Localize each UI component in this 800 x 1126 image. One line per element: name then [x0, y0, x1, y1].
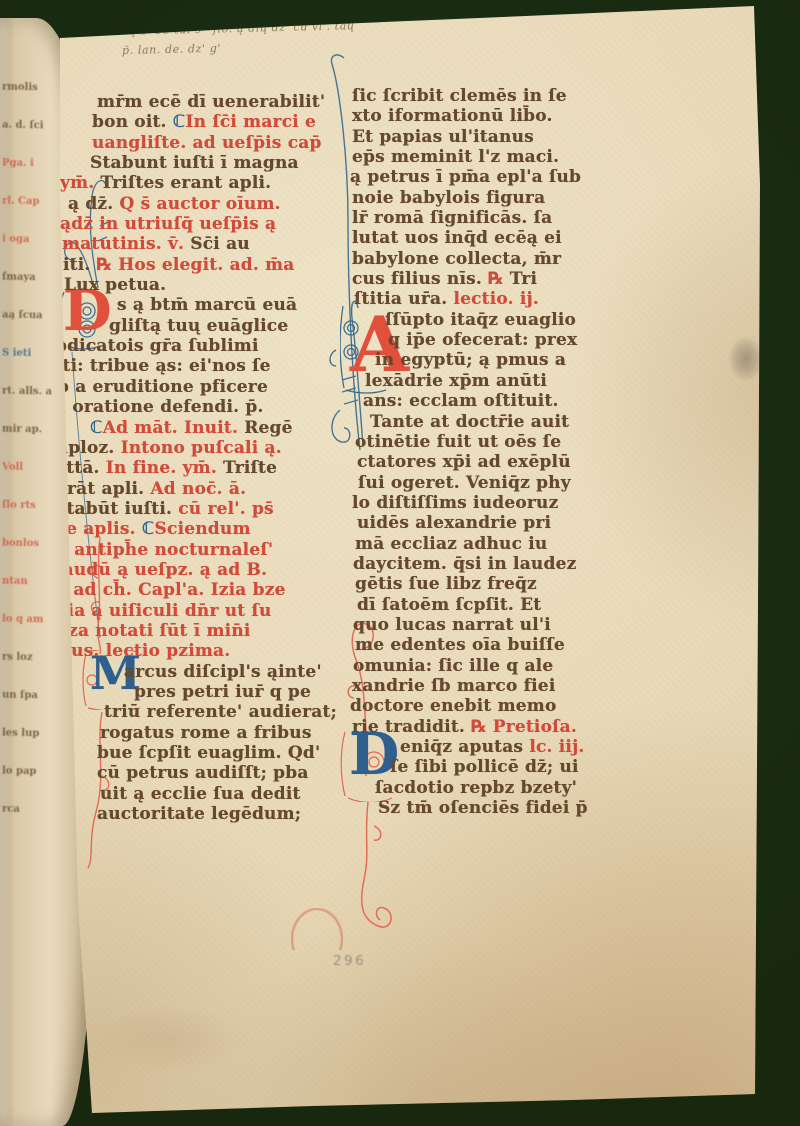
text-line: q antiph̄e nocturnaleſ'	[56, 540, 354, 560]
text-line: uia ą uiſiculi dn̄r ut ſu	[55, 601, 354, 621]
text-segment: Sciendum	[155, 519, 251, 539]
ink-stain	[728, 336, 764, 382]
text-segment: bue ſcpſit euaglim. Qd'	[97, 743, 320, 763]
smudge-stain	[96, 1004, 246, 1074]
text-line: cus filius nīs. ℞ Tri	[352, 269, 618, 289]
text-line: cū petrus audiſſt; pba	[97, 763, 354, 783]
text-segment: cus filius nīs.	[352, 269, 488, 289]
text-segment: Intono puſcali ą.	[121, 438, 282, 458]
text-column-right: ſic ſcribit clemēs in ſexto iformationū …	[352, 86, 618, 818]
text-line: uangliſte. ad ueſp̄is cap̄	[92, 133, 354, 153]
text-line: bus. lectio pzima.	[59, 641, 354, 661]
text-line: ſacdotio repbz bzety'	[375, 778, 618, 798]
text-segment: uia ą uiſiculi dn̄r ut ſu	[55, 601, 272, 621]
text-segment: q ip̄e ofecerat: prex	[388, 330, 577, 350]
edge-text-fragment: lo q am	[2, 614, 56, 626]
text-line: attā. In fine. ym̄. Triſte	[55, 458, 354, 478]
text-line: rie tradidit. ℞ Pretioſa.	[352, 717, 618, 737]
text-segment: ą dz̄.	[68, 194, 120, 214]
text-segment: ℞ Hos elegit. ad. m̄a	[97, 255, 295, 275]
text-line: ℂAd māt. Inuit. Regē	[90, 418, 354, 438]
manuscript-page: ų d' bō tui 9° flo. ą dių dz' cū vl'. tā…	[52, 4, 764, 1118]
text-line: lutat uos inq̄d ecēą ei	[352, 228, 618, 248]
text-segment: pres petri iur̄ q pe	[134, 682, 311, 702]
text-line: me edentes oīa buiſſe	[355, 635, 618, 655]
text-segment: ym̄.	[60, 173, 101, 193]
text-segment: lo diſtiſſims iudeoruz	[352, 493, 558, 513]
text-segment: uit ą ecclie ſua dedit	[100, 784, 301, 804]
text-segment: Sc̄i au	[190, 234, 250, 254]
text-segment: in egyptū; ą pmus a	[375, 350, 566, 370]
text-line: ym̄. Triſtes erant apli.	[60, 173, 354, 193]
text-segment: lexādrie xp̄m anūti	[365, 371, 547, 391]
text-segment: gētis ſue libz freq̄z	[355, 574, 537, 594]
text-segment: lr̄ romā ſignificās. ſa	[352, 208, 552, 228]
text-line: p a eruditione pficere	[57, 377, 354, 397]
text-segment: p a eruditione pficere	[57, 377, 268, 397]
text-segment: matutinis. v̄.	[62, 234, 190, 254]
text-line: Tante at doctr̄ie auit	[370, 412, 618, 432]
text-line: Sz tm̄ oſenciēs fidei p̄	[378, 798, 618, 818]
edge-text-fragment: mir ap.	[2, 424, 56, 436]
text-segment: Triſte	[223, 458, 277, 478]
text-segment: omunia: ſic ille q ale	[353, 656, 553, 676]
text-line: laudū ą ueſpz. ą ad B.	[56, 560, 354, 580]
text-line: de aplis. ℂSciendum	[54, 519, 354, 539]
text-segment: Regē	[244, 418, 292, 438]
text-line: iti. ℞ Hos elegit. ad. m̄a	[63, 255, 354, 275]
text-segment: ctatores xp̄i ad exēplū	[357, 452, 571, 472]
text-segment: Et papias ul'itanus	[352, 127, 534, 147]
text-segment: ſacdotio repbz bzety'	[375, 778, 577, 798]
text-line: lr̄ romā ſignificās. ſa	[352, 208, 618, 228]
text-line: gētis ſue libz freq̄z	[355, 574, 618, 594]
text-column-left: mr̄m ecē dī uenerabilit'bon oit. ℂIn ſc̄…	[92, 92, 354, 824]
text-segment: babylone collecta, m̄r	[352, 249, 561, 269]
text-segment: arcus diſcipl's ąinte'	[124, 662, 322, 682]
edge-text-fragment: ntan	[2, 576, 56, 588]
edge-text-fragment: rs loz	[2, 652, 56, 664]
text-segment: xto iformationū lib̄o.	[352, 106, 553, 126]
text-line: in egyptū; ą pmus a	[375, 350, 618, 370]
text-line: pdicatois gr̄a ſublimi	[55, 336, 354, 356]
text-line: babylone collecta, m̄r	[352, 249, 618, 269]
folio-number: 296	[333, 953, 366, 969]
text-line: daycitem. q̄si in laudez	[353, 554, 618, 574]
text-line: ſui ogeret. Veniq̄z phy	[358, 473, 618, 493]
text-line: mā eccliaz adhuc iu	[355, 534, 618, 554]
text-line: lexādrie xp̄m anūti	[365, 371, 618, 391]
text-segment: Tri	[510, 269, 537, 289]
text-line: ą oratione defendi. p̄.	[55, 397, 354, 417]
text-segment: pdicatois gr̄a ſublimi	[55, 336, 259, 356]
text-segment: rie tradidit.	[352, 717, 471, 737]
text-line: erāt apli. Ad noc̄. ā.	[56, 479, 354, 499]
text-line: bue ſcpſit euaglim. Qd'	[97, 743, 354, 763]
text-line: q ip̄e ofecerat: prex	[388, 330, 618, 350]
text-segment: Tante at doctr̄ie auit	[370, 412, 569, 432]
text-segment: ℂ	[142, 519, 155, 539]
text-line: ep̄s meminit l'z maci.	[352, 147, 618, 167]
text-segment: ſti: tribue ąs: ei'nos ſe	[55, 356, 271, 376]
text-line: noie babylois figura	[352, 188, 618, 208]
text-segment: pza notati ſūt ī min̄i	[56, 621, 251, 641]
text-segment: auctoritate legēdum;	[97, 804, 301, 824]
text-segment: Lux petua.	[64, 275, 166, 295]
text-segment: quo lucas narrat ul'i	[353, 615, 551, 635]
text-line: xto iformationū lib̄o.	[352, 106, 618, 126]
text-line: xandrie ſb marco fiei	[352, 676, 618, 696]
text-line: auctoritate legēdum;	[97, 804, 354, 824]
edge-text-fragment: un ſpa	[2, 690, 56, 702]
text-segment: noie babylois figura	[352, 188, 545, 208]
text-segment: ą ad ch̄. Capl'a. Izia bze	[56, 580, 286, 600]
text-segment: Stabūt iuſti.	[54, 499, 178, 519]
text-line: otinētie fuit ut oēs ſe	[355, 432, 618, 452]
text-segment: lectio. ij.	[453, 289, 539, 309]
text-segment: Ad māt. Inuit.	[103, 418, 245, 438]
text-line: bon oit. ℂIn ſc̄i marci e	[92, 112, 354, 132]
text-segment: ep̄s meminit l'z maci.	[352, 147, 559, 167]
text-segment: dī ſatoēm ſcpſit. Et	[357, 595, 541, 615]
edge-text-fragment: les lup	[2, 728, 56, 740]
text-segment: bon oit.	[92, 112, 173, 132]
text-line: pza notati ſūt ī min̄i	[56, 621, 354, 641]
text-line: arcus diſcipl's ąinte'	[124, 662, 354, 682]
text-line: quo lucas narrat ul'i	[353, 615, 618, 635]
edge-text-fragment: Pga. i	[2, 158, 56, 170]
text-line: uit ą ecclie ſua dedit	[100, 784, 354, 804]
text-line: ą petrus ī pm̄a epl'a ſub	[350, 167, 618, 187]
text-line: Stabunt iuſti ī magna	[90, 153, 354, 173]
text-segment: ą petrus ī pm̄a epl'a ſub	[350, 167, 581, 187]
text-segment: ans: ecclam oſtituit.	[363, 391, 559, 411]
text-segment: ℞ Pretioſa.	[471, 717, 577, 737]
text-segment: iti.	[63, 255, 97, 275]
text-line: lo diſtiſſims iudeoruz	[352, 493, 618, 513]
edge-text-fragment: lo pap	[2, 766, 56, 778]
edge-text-fragment: ſlo rts	[2, 500, 56, 512]
edge-text-fragment: aą ſcua	[2, 310, 56, 322]
text-segment: mā eccliaz adhuc iu	[355, 534, 547, 554]
text-segment: lc. iij.	[529, 737, 584, 757]
text-line: s ą btm̄ marcū euā	[117, 295, 354, 315]
edge-text-fragment: rl. Cap	[2, 196, 56, 208]
text-line: ctatores xp̄i ad exēplū	[357, 452, 618, 472]
text-segment: Q s̄ auctor oīum.	[120, 194, 281, 214]
text-segment: daycitem. q̄si in laudez	[353, 554, 576, 574]
text-line: doctore enebit memo	[350, 696, 618, 716]
text-line: omunia: ſic ille q ale	[353, 656, 618, 676]
text-line: ans: ecclam oſtituit.	[363, 391, 618, 411]
text-segment: ſe ſibi pollicē dz̄; ui	[390, 757, 579, 777]
text-segment: ℂ	[173, 112, 186, 132]
text-line: ſtitia ur̄a. lectio. ij.	[354, 289, 618, 309]
text-segment: In ſc̄i marci e	[185, 112, 316, 132]
text-segment: ądz̄ in utriuſq̄ ueſp̄is ą	[60, 214, 276, 234]
text-line: ądz̄ in utriuſq̄ ueſp̄is ą	[60, 214, 354, 234]
text-segment: q antiph̄e nocturnaleſ'	[56, 540, 273, 560]
text-line: uidēs alexandrie pri	[357, 513, 618, 533]
text-segment: xandrie ſb marco fiei	[352, 676, 555, 696]
text-segment: doctore enebit memo	[350, 696, 557, 716]
text-segment: ą oratione defendi. p̄.	[55, 397, 264, 417]
text-segment: erāt apli.	[56, 479, 150, 499]
text-segment: cū petrus audiſſt; pba	[97, 763, 309, 783]
text-segment: ℂ	[90, 418, 103, 438]
manuscript-photo: { "marginalia": { "line1": "ų d' bō tui …	[0, 0, 800, 1126]
text-segment: me edentes oīa buiſſe	[355, 635, 565, 655]
text-segment: ℞	[488, 269, 510, 289]
edge-text-fragment: rt. alls. a	[2, 386, 56, 398]
text-segment: lutat uos inq̄d ecēą ei	[352, 228, 562, 248]
text-line: dī ſatoēm ſcpſit. Et	[357, 595, 618, 615]
text-line: rogatus rome a fribus	[100, 723, 354, 743]
text-segment: eniq̄z aputas	[400, 737, 529, 757]
edge-text-fragment: bonlos	[2, 538, 56, 550]
text-line: matutinis. v̄. Sc̄i au	[62, 234, 354, 254]
text-segment: Ad noc̄. ā.	[150, 479, 246, 499]
text-segment: bus. lectio pzima.	[59, 641, 230, 661]
text-line: eniq̄z aputas lc. iij.	[400, 737, 618, 757]
red-circle-stain	[291, 908, 343, 950]
top-marginalia-line-1: ų d' bō tui 9° flo. ą dių dz' cū vl'. tā…	[128, 19, 355, 38]
text-segment: rogatus rome a fribus	[100, 723, 312, 743]
text-line: ą dz̄. Q s̄ auctor oīum.	[68, 194, 354, 214]
text-line: ſe ſibi pollicē dz̄; ui	[390, 757, 618, 777]
text-segment: ſſūpto itaq̄z euaglio	[385, 310, 576, 330]
top-marginalia-line-2: p̄. lan. de. dz' g'	[122, 42, 221, 57]
edge-text-fragment: i oga	[2, 234, 56, 246]
text-segment: gliſtą tuų euāglice	[109, 316, 288, 336]
text-segment: ſtitia ur̄a.	[354, 289, 453, 309]
text-segment: In fine. ym̄.	[106, 458, 223, 478]
text-line: mr̄m ecē dī uenerabilit'	[97, 92, 354, 112]
text-line: ſic ſcribit clemēs in ſe	[352, 86, 618, 106]
text-line: Et papias ul'itanus	[352, 127, 618, 147]
text-line: Stabūt iuſti. cū rel'. ps̄	[54, 499, 354, 519]
text-line: ſti: tribue ąs: ei'nos ſe	[55, 356, 354, 376]
text-segment: otinētie fuit ut oēs ſe	[355, 432, 561, 452]
text-segment: mr̄m ecē dī uenerabilit'	[97, 92, 325, 112]
text-segment: triū referente' audierat;	[104, 702, 337, 722]
edge-text-fragment: rca	[2, 804, 56, 816]
edge-text-fragment: ſmaya	[2, 272, 56, 284]
text-segment: uidēs alexandrie pri	[357, 513, 551, 533]
text-segment: Sz tm̄ oſenciēs fidei p̄	[378, 798, 588, 818]
text-line: ą ad ch̄. Capl'a. Izia bze	[56, 580, 354, 600]
edge-text-fragment: S ieti	[2, 348, 56, 360]
text-line: pres petri iur̄ q pe	[134, 682, 354, 702]
edge-text-fragment: Voll	[2, 462, 56, 474]
text-segment: uangliſte. ad ueſp̄is cap̄	[92, 133, 322, 153]
text-segment: Triſtes erant apli.	[101, 173, 272, 193]
text-line: ſſūpto itaq̄z euaglio	[385, 310, 618, 330]
text-segment: ſui ogeret. Veniq̄z phy	[358, 473, 571, 493]
text-line: gliſtą tuų euāglice	[109, 316, 354, 336]
text-segment: laudū ą ueſpz. ą ad B.	[56, 560, 267, 580]
text-segment: cū rel'. ps̄	[178, 499, 274, 519]
edge-text-fragment: rmolis	[2, 82, 56, 94]
text-line: Lux petua.	[64, 275, 354, 295]
edge-text-fragment: a. d. ſci	[2, 120, 56, 132]
text-line: aploz. Intono puſcali ą.	[57, 438, 354, 458]
text-line: triū referente' audierat;	[104, 702, 354, 722]
text-segment: s ą btm̄ marcū euā	[117, 295, 297, 315]
text-segment: Stabunt iuſti ī magna	[90, 153, 299, 173]
text-segment: ſic ſcribit clemēs in ſe	[352, 86, 567, 106]
